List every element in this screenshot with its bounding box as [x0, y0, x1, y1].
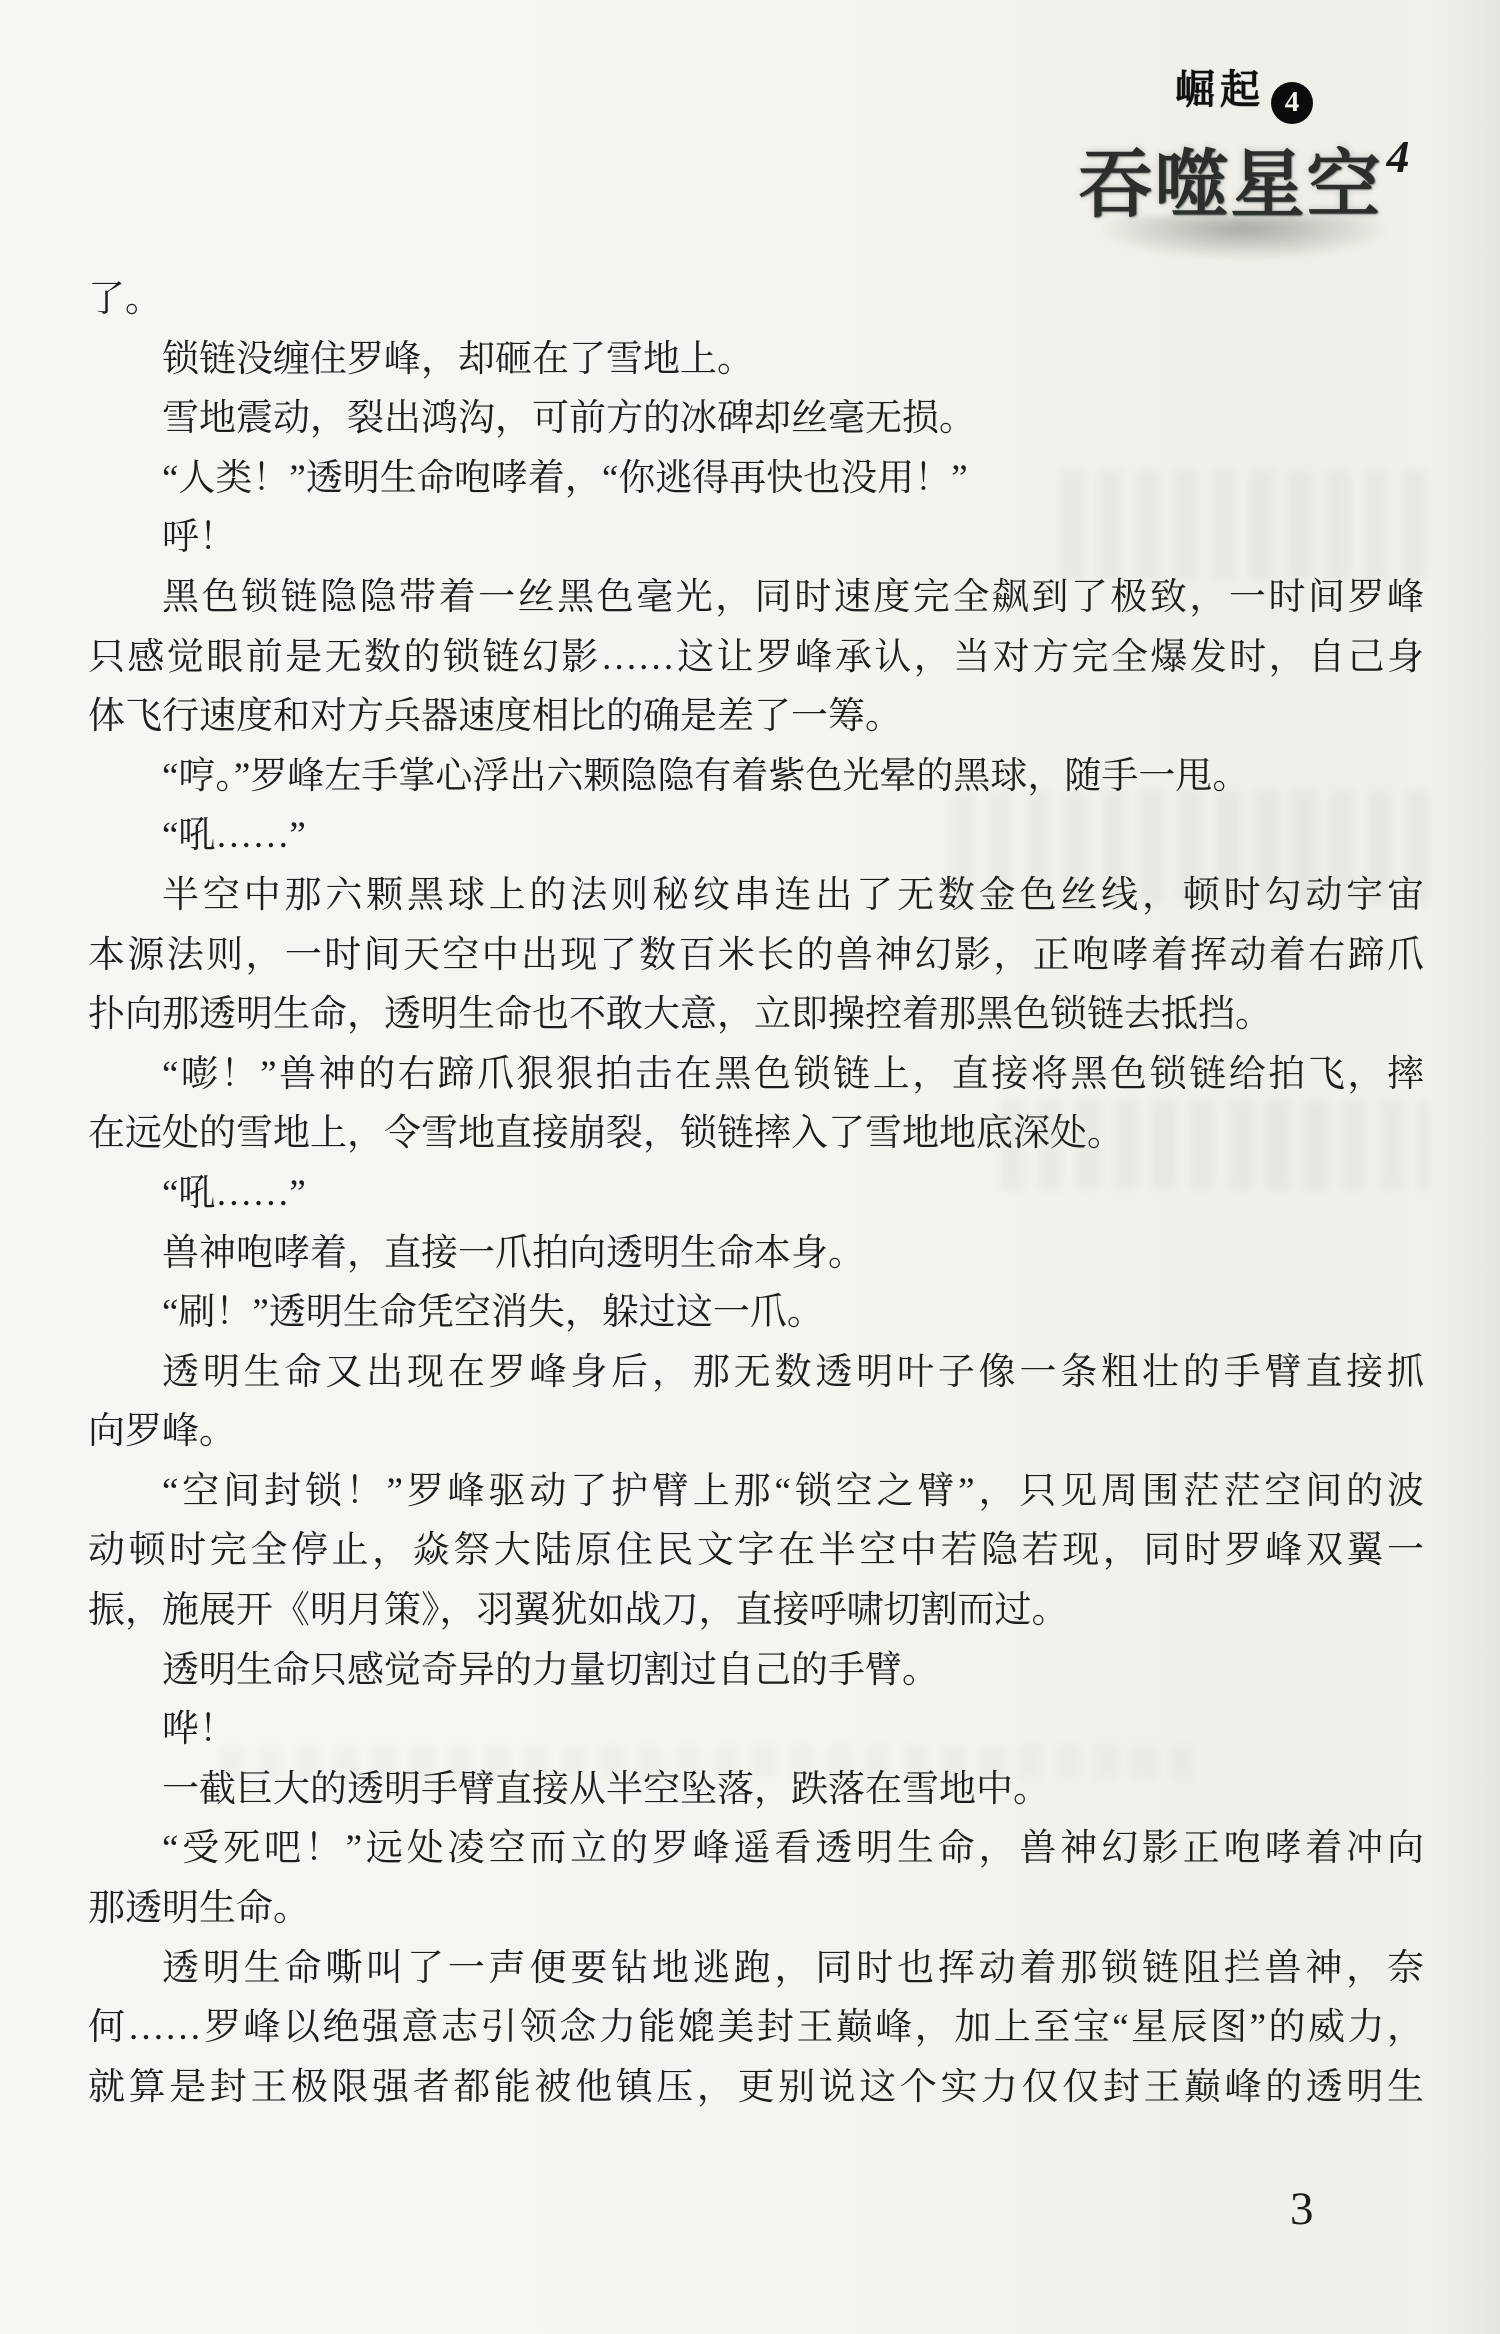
body-text: 了。锁链没缠住罗峰，却砸在了雪地上。雪地震动，裂出鸿沟，可前方的冰碑却丝毫无损。… — [88, 270, 1424, 2117]
page-header: 崛起4 吞噬星空4 — [1064, 58, 1424, 258]
text-line: “刷！”透明生命凭空消失，躲过这一爪。 — [88, 1283, 1424, 1343]
text-line: 本源法则，一时间天空中出现了数百米长的兽神幻影，正咆哮着挥动着右蹄爪 — [88, 926, 1424, 986]
text-line: 了。 — [88, 270, 1424, 330]
text-line: 那透明生命。 — [88, 1879, 1424, 1939]
text-line: 半空中那六颗黑球上的法则秘纹串连出了无数金色丝线，顿时勾动宇宙 — [88, 866, 1424, 926]
text-line: 扑向那透明生命，透明生命也不敢大意，立即操控着那黑色锁链去抵挡。 — [88, 985, 1424, 1045]
text-line: 在远处的雪地上，令雪地直接崩裂，锁链摔入了雪地地底深处。 — [88, 1104, 1424, 1164]
text-line: 兽神咆哮着，直接一爪拍向透明生命本身。 — [88, 1224, 1424, 1284]
text-line: “空间封锁！”罗峰驱动了护臂上那“锁空之臂”，只见周围茫茫空间的波 — [88, 1462, 1424, 1522]
scan-edge-shading — [1430, 0, 1500, 2334]
text-line: 黑色锁链隐隐带着一丝黑色毫光，同时速度完全飙到了极致，一时间罗峰 — [88, 568, 1424, 628]
text-line: 向罗峰。 — [88, 1402, 1424, 1462]
book-page: 崛起4 吞噬星空4 了。锁链没缠住罗峰，却砸在了雪地上。雪地震动，裂出鸿沟，可前… — [0, 0, 1500, 2334]
text-line: “嘭！”兽神的右蹄爪狠狠拍击在黑色锁链上，直接将黑色锁链给拍飞，摔 — [88, 1045, 1424, 1105]
series-number-badge: 4 — [1271, 82, 1313, 124]
series-label: 崛起 — [1175, 67, 1265, 112]
text-line: 只感觉眼前是无数的锁链幻影……这让罗峰承认，当对方完全爆发时，自己身 — [88, 628, 1424, 688]
text-line: “受死吧！”远处凌空而立的罗峰遥看透明生命，兽神幻影正咆哮着冲向 — [88, 1819, 1424, 1879]
title-shadow-smudge — [1064, 216, 1424, 258]
text-line: 体飞行速度和对方兵器速度相比的确是差了一筹。 — [88, 687, 1424, 747]
page-number: 3 — [1290, 2186, 1314, 2233]
text-line: 透明生命又出现在罗峰身后，那无数透明叶子像一条粗壮的手臂直接抓 — [88, 1343, 1424, 1403]
text-line: “哼。”罗峰左手掌心浮出六颗隐隐有着紫色光晕的黑球，随手一甩。 — [88, 747, 1424, 807]
text-line: 锁链没缠住罗峰，却砸在了雪地上。 — [88, 330, 1424, 390]
text-line: 振，施展开《明月策》，羽翼犹如战刀，直接呼啸切割而过。 — [88, 1581, 1424, 1641]
series-line: 崛起4 — [1064, 58, 1424, 124]
text-line: 透明生命只感觉奇异的力量切割过自己的手臂。 — [88, 1641, 1424, 1701]
text-line: “人类！”透明生命咆哮着，“你逃得再快也没用！” — [88, 449, 1424, 509]
text-line: 动顿时完全停止，焱祭大陆原住民文字在半空中若隐若现，同时罗峰双翼一 — [88, 1521, 1424, 1581]
text-line: 哗！ — [88, 1700, 1424, 1760]
text-line: 就算是封王极限强者都能被他镇压，更别说这个实力仅仅封王巅峰的透明生 — [88, 2058, 1424, 2118]
text-line: “吼……” — [88, 1164, 1424, 1224]
text-line: 透明生命嘶叫了一声便要钻地逃跑，同时也挥动着那锁链阻拦兽神，奈 — [88, 1939, 1424, 1999]
title-superscript: 4 — [1387, 131, 1410, 182]
text-line: 呼！ — [88, 508, 1424, 568]
text-line: 雪地震动，裂出鸿沟，可前方的冰碑却丝毫无损。 — [88, 389, 1424, 449]
text-line: 何……罗峰以绝强意志引领念力能媲美封王巅峰，加上至宝“星辰图”的威力， — [88, 1998, 1424, 2058]
book-title: 吞噬星空 — [1079, 145, 1383, 227]
text-line: “吼……” — [88, 806, 1424, 866]
text-line: 一截巨大的透明手臂直接从半空坠落，跌落在雪地中。 — [88, 1760, 1424, 1820]
